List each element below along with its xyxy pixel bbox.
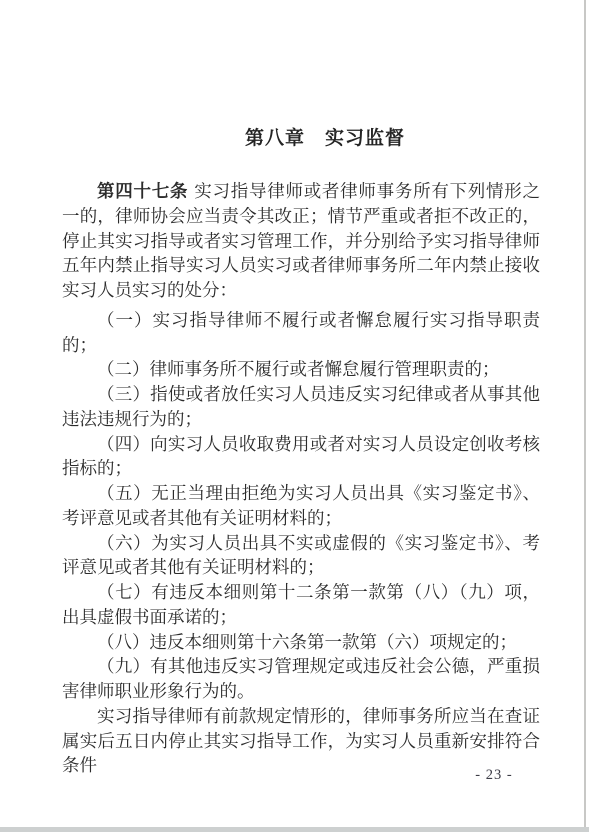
document-page: 第八章 实习监督 第四十七条实习指导律师或者律师事务所有下列情形之一的，律师协会… [0, 0, 589, 832]
article-body: 第四十七条实习指导律师或者律师事务所有下列情形之一的，律师协会应当责令其改正；情… [62, 179, 540, 778]
article-item: （六）为实习人员出具不实或虚假的《实习鉴定书》、考评意见或者其他有关证明材料的； [62, 531, 540, 581]
article-items: （一）实习指导律师不履行或者懈怠履行实习指导职责的；（二）律师事务所不履行或者懈… [62, 308, 540, 704]
article-item: （四）向实习人员收取费用或者对实习人员设定创收考核指标的； [62, 432, 540, 482]
article-item: （二）律师事务所不履行或者懈怠履行管理职责的； [62, 357, 540, 382]
article-item: （一）实习指导律师不履行或者懈怠履行实习指导职责的； [62, 308, 540, 358]
article-item: （八）违反本细则第十六条第一款第（六）项规定的； [62, 630, 540, 655]
article-item: （七）有违反本细则第十二条第一款第（八）（九）项，出具虚假书面承诺的； [62, 580, 540, 630]
article-item: （九）有其他违反实习管理规定或违反社会公德，严重损害律师职业形象行为的。 [62, 654, 540, 704]
scan-right-edge-line [584, 0, 586, 832]
article-item: （三）指使或者放任实习人员违反实习纪律或者从事其他违法违规行为的； [62, 382, 540, 432]
page-number: - 23 - [454, 767, 534, 784]
chapter-heading: 第八章 实习监督 [62, 127, 540, 151]
article-number: 第四十七条 [97, 181, 188, 201]
scan-bottom-edge-strip [0, 827, 589, 832]
article-intro-paragraph: 第四十七条实习指导律师或者律师事务所有下列情形之一的，律师协会应当责令其改正；情… [62, 179, 540, 303]
article-item: （五）无正当理由拒绝为实习人员出具《实习鉴定书》、考评意见或者其他有关证明材料的… [62, 481, 540, 531]
